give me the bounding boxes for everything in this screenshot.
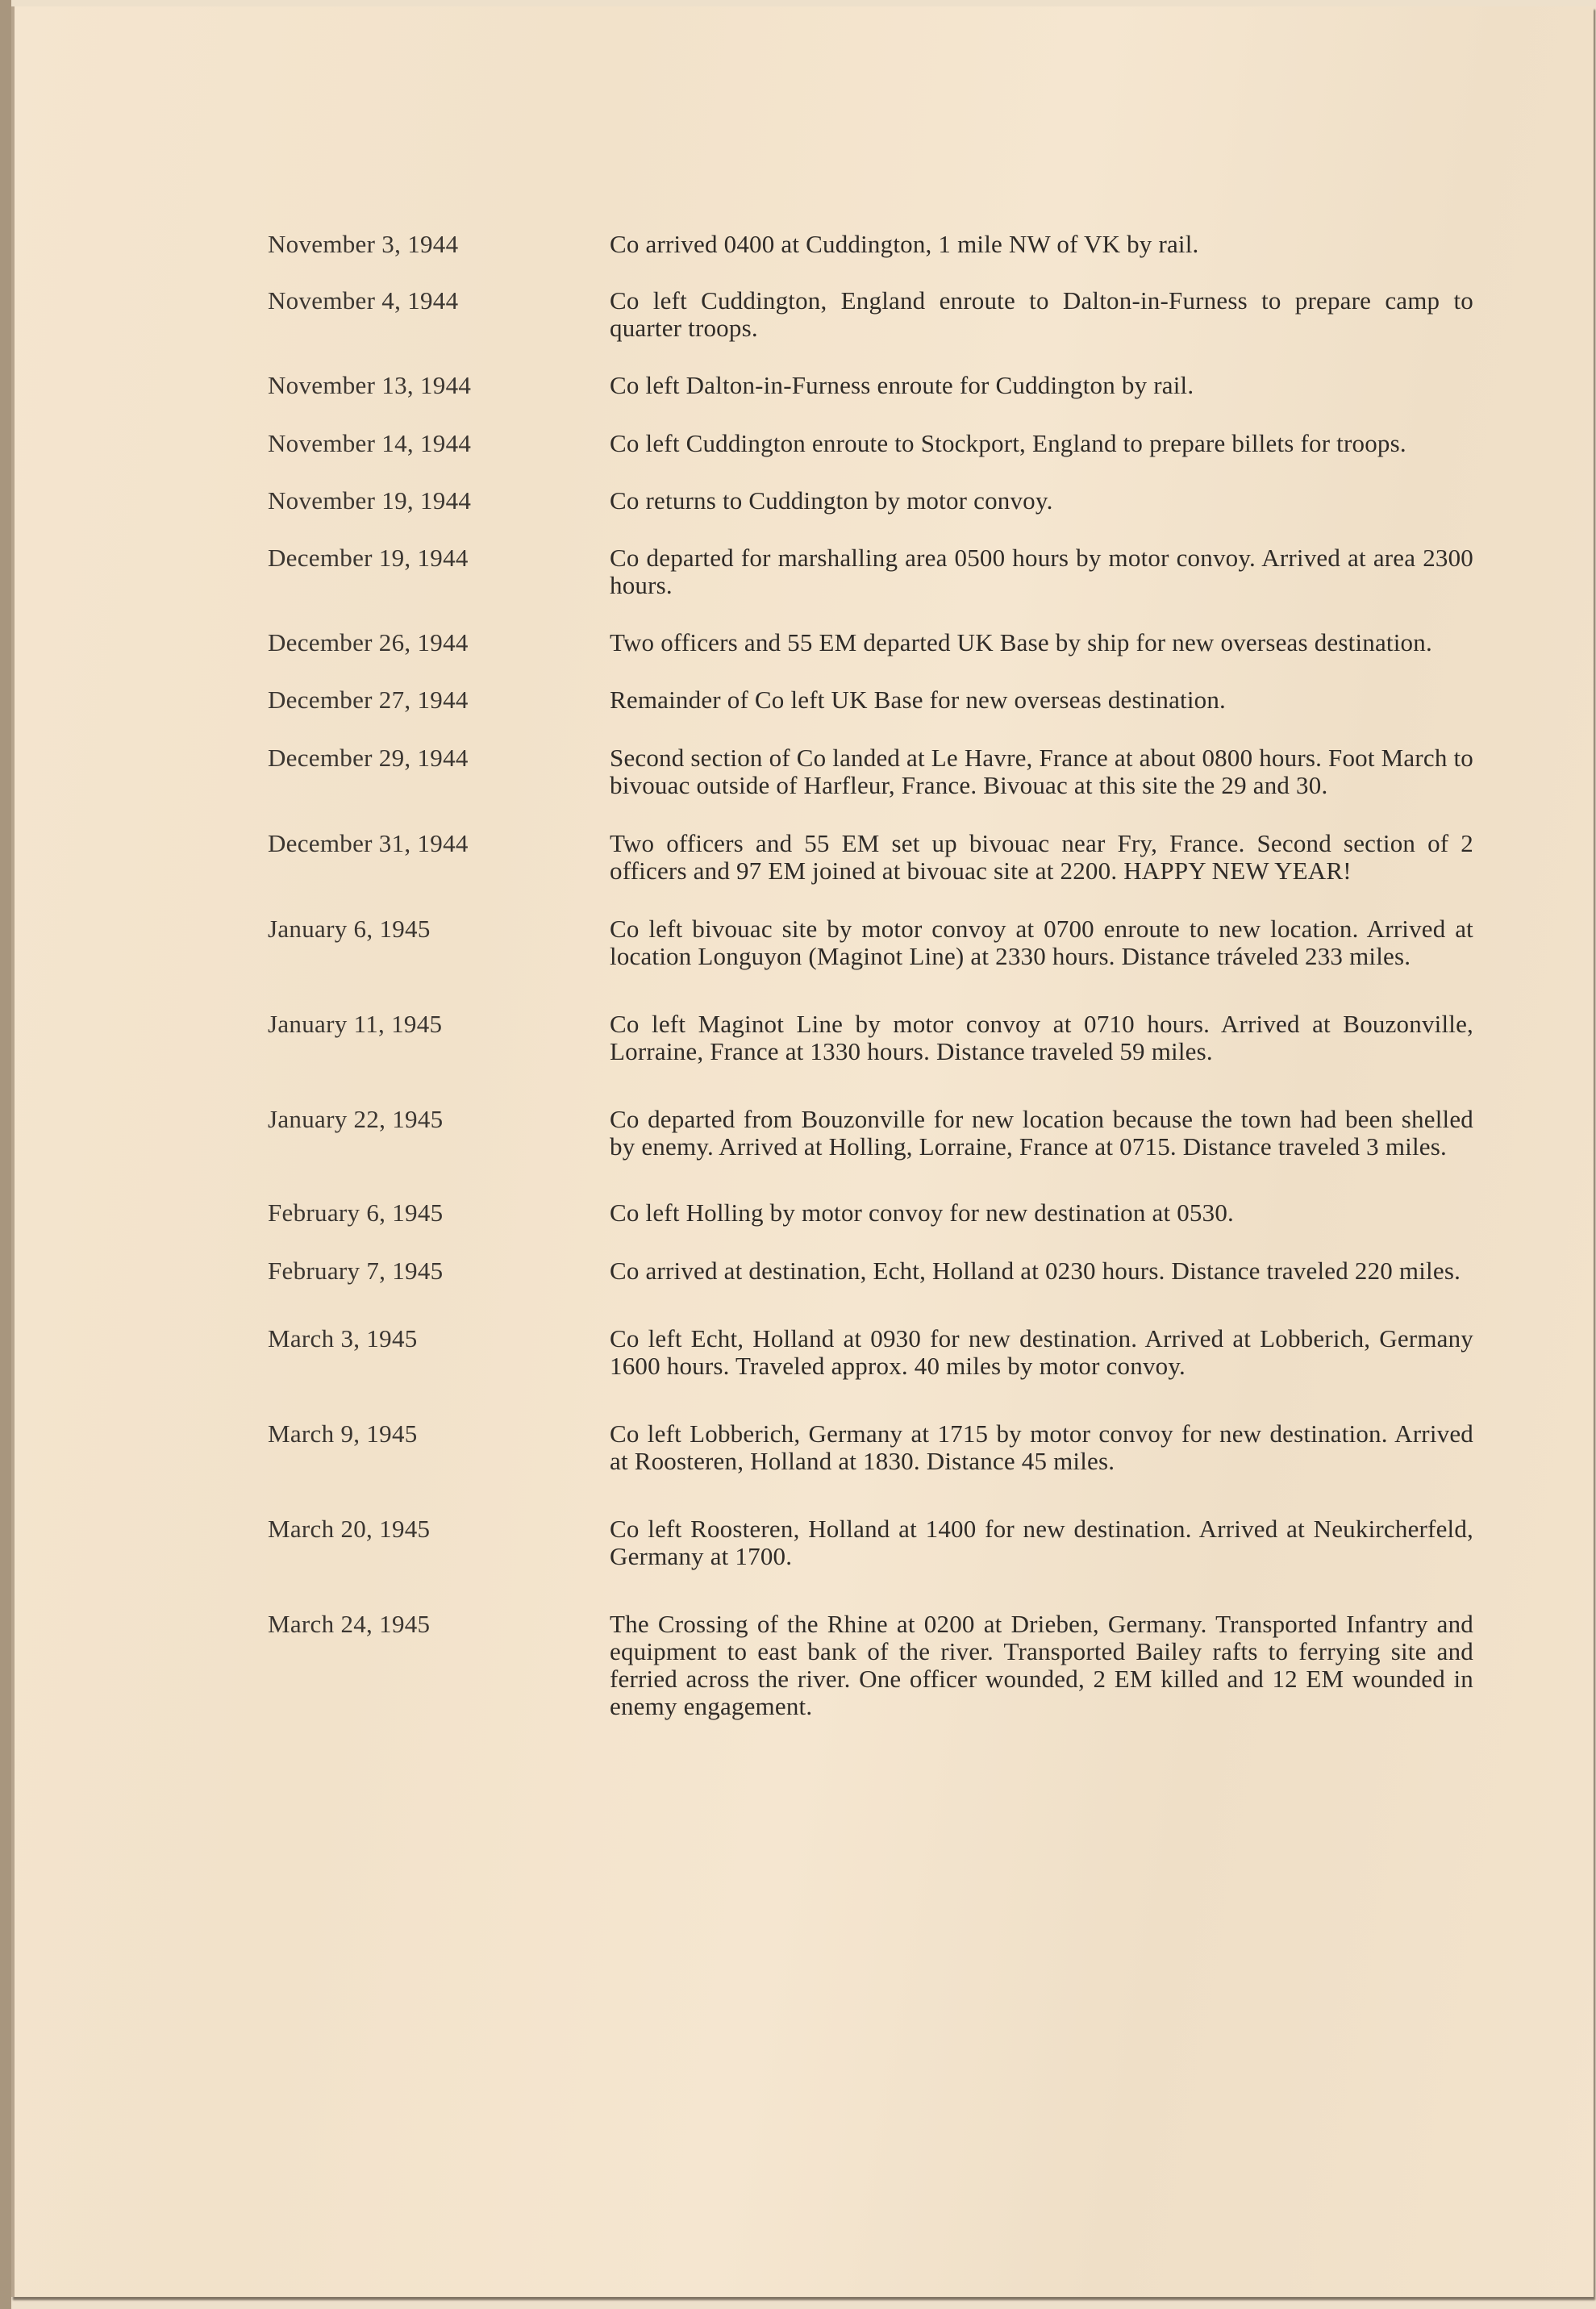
entry-text: Second section of Co landed at Le Havre,…: [610, 744, 1473, 799]
entry-date: November 19, 1944: [268, 487, 610, 515]
entry-text: Co left bivouac site by motor convoy at …: [610, 915, 1473, 970]
chronology-entry: March 24, 1945 The Crossing of the Rhine…: [268, 1611, 1473, 1720]
chronology-entry: December 31, 1944 Two officers and 55 EM…: [268, 830, 1473, 885]
entry-date: February 6, 1945: [268, 1199, 610, 1227]
entry-date: December 27, 1944: [268, 686, 610, 714]
chronology-entry: February 6, 1945 Co left Holling by moto…: [268, 1199, 1473, 1227]
entry-date: January 22, 1945: [268, 1106, 610, 1133]
entry-text: Two officers and 55 EM departed UK Base …: [610, 629, 1473, 656]
entry-date: December 29, 1944: [268, 744, 610, 772]
entry-date: January 11, 1945: [268, 1011, 610, 1038]
entry-date: November 4, 1944: [268, 287, 610, 315]
entry-date: March 3, 1945: [268, 1325, 610, 1352]
entry-text: Co left Holling by motor convoy for new …: [610, 1199, 1473, 1227]
entry-text: Co left Roosteren, Holland at 1400 for n…: [610, 1515, 1473, 1570]
entry-date: November 3, 1944: [268, 231, 610, 258]
chronology-entry: January 6, 1945 Co left bivouac site by …: [268, 915, 1473, 970]
chronology-entry: December 29, 1944 Second section of Co l…: [268, 744, 1473, 799]
chronology-list: November 3, 1944 Co arrived 0400 at Cudd…: [268, 231, 1473, 1720]
entry-date: December 31, 1944: [268, 830, 610, 857]
entry-text: The Crossing of the Rhine at 0200 at Dri…: [610, 1611, 1473, 1720]
chronology-entry: December 19, 1944 Co departed for marsha…: [268, 544, 1473, 599]
entry-date: December 26, 1944: [268, 629, 610, 656]
chronology-entry: November 4, 1944 Co left Cuddington, Eng…: [268, 287, 1473, 342]
chronology-entry: January 11, 1945 Co left Maginot Line by…: [268, 1011, 1473, 1065]
chronology-entry: March 3, 1945 Co left Echt, Holland at 0…: [268, 1325, 1473, 1380]
chronology-entry: March 20, 1945 Co left Roosteren, Hollan…: [268, 1515, 1473, 1570]
chronology-entry: November 14, 1944 Co left Cuddington enr…: [268, 430, 1473, 457]
entry-date: November 13, 1944: [268, 372, 610, 399]
entry-date: February 7, 1945: [268, 1257, 610, 1285]
entry-date: March 24, 1945: [268, 1611, 610, 1638]
document-page: November 3, 1944 Co arrived 0400 at Cudd…: [11, 6, 1594, 2297]
entry-text: Co returns to Cuddington by motor convoy…: [610, 487, 1473, 515]
entry-date: November 14, 1944: [268, 430, 610, 457]
entry-text: Co left Cuddington, England enroute to D…: [610, 287, 1473, 342]
entry-date: December 19, 1944: [268, 544, 610, 572]
entry-text: Co left Echt, Holland at 0930 for new de…: [610, 1325, 1473, 1380]
entry-text: Co departed from Bouzonville for new loc…: [610, 1106, 1473, 1161]
entry-text: Co left Dalton-in-Furness enroute for Cu…: [610, 372, 1473, 399]
chronology-entry: January 22, 1945 Co departed from Bouzon…: [268, 1106, 1473, 1161]
entry-text: Co left Lobberich, Germany at 1715 by mo…: [610, 1420, 1473, 1475]
entry-text: Co arrived at destination, Echt, Holland…: [610, 1257, 1473, 1285]
entry-text: Two officers and 55 EM set up bivouac ne…: [610, 830, 1473, 885]
entry-text: Co left Maginot Line by motor convoy at …: [610, 1011, 1473, 1065]
chronology-entry: November 13, 1944 Co left Dalton-in-Furn…: [268, 372, 1473, 399]
page-binding-edge: [0, 0, 11, 2309]
chronology-entry: February 7, 1945 Co arrived at destinati…: [268, 1257, 1473, 1285]
chronology-entry: December 26, 1944 Two officers and 55 EM…: [268, 629, 1473, 656]
chronology-entry: December 27, 1944 Remainder of Co left U…: [268, 686, 1473, 714]
entry-date: March 9, 1945: [268, 1420, 610, 1448]
chronology-entry: November 3, 1944 Co arrived 0400 at Cudd…: [268, 231, 1473, 258]
entry-text: Co arrived 0400 at Cuddington, 1 mile NW…: [610, 231, 1473, 258]
entry-date: March 20, 1945: [268, 1515, 610, 1543]
entry-text: Co left Cuddington enroute to Stockport,…: [610, 430, 1473, 457]
entry-text: Co departed for marshalling area 0500 ho…: [610, 544, 1473, 599]
chronology-entry: November 19, 1944 Co returns to Cuddingt…: [268, 487, 1473, 515]
entry-date: January 6, 1945: [268, 915, 610, 943]
chronology-entry: March 9, 1945 Co left Lobberich, Germany…: [268, 1420, 1473, 1475]
entry-text: Remainder of Co left UK Base for new ove…: [610, 686, 1473, 714]
